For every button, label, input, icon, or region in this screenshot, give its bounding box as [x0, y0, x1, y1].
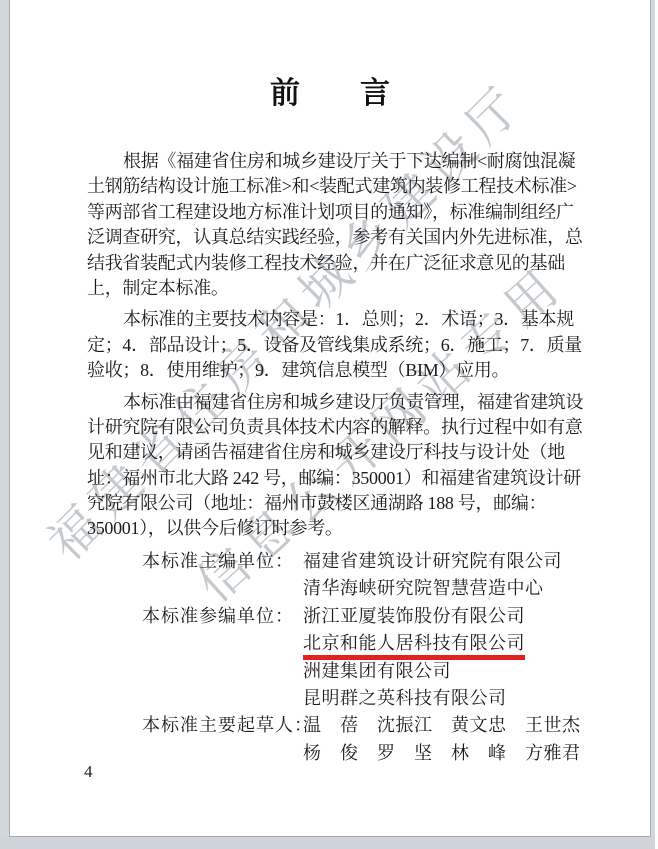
paragraph-line: 址：福州市北大路 242 号，邮编：350001）和福建省建筑设计研: [87, 466, 607, 491]
credit-value: 洲建集团有限公司: [303, 659, 451, 683]
paragraph-line: 等两部省工程建设地方标准计划项目的通知》，标准编制组经广: [87, 200, 607, 225]
paragraph-line: 上，制定本标准。: [87, 276, 607, 301]
credit-value: 昆明群之英科技有限公司: [303, 686, 507, 710]
credit-value: 浙江亚厦装饰股份有限公司: [303, 604, 525, 628]
credit-value: 杨 俊 罗 坚 林 峰 方雅君: [303, 741, 581, 765]
credits-row: 清华海峡研究院智慧营造中心: [142, 576, 581, 603]
paragraph-line: 定；4．部品设计；5．设备及管线集成系统；6．施工；7．质量: [87, 333, 607, 358]
paragraph-line: 究院有限公司（地址：福州市鼓楼区通湖路 188 号，邮编：: [87, 491, 607, 516]
paragraph-line: 土钢筋结构设计施工标准>和<装配式建筑内装修工程技术标准>: [87, 174, 607, 199]
paragraph-line: 本标准的主要技术内容是：1．总则；2．术语；3．基本规: [87, 307, 607, 332]
page-number: 4: [84, 762, 93, 782]
credits-row: 本标准主要起草人：温 蓓 沈振江 黄文忠 王世杰: [142, 713, 581, 740]
paragraph-line: 350001），以供今后修订时参考。: [87, 516, 607, 541]
body-paragraphs: 根据《福建省住房和城乡建设厅关于下达编制<耐腐蚀混凝土钢筋结构设计施工标准>和<…: [87, 149, 607, 542]
paragraph-line: 见和建议，请函告福建省住房和城乡建设厅科技与设计处（地: [87, 440, 607, 465]
credits-row: 本标准参编单位：浙江亚厦装饰股份有限公司: [142, 604, 581, 631]
document-page: 福建省住房和城乡建设厅 信息公开网站专用 前 言 根据《福建省住房和城乡建设厅关…: [9, 0, 651, 837]
page-title: 前 言: [10, 68, 650, 112]
paragraph: 根据《福建省住房和城乡建设厅关于下达编制<耐腐蚀混凝土钢筋结构设计施工标准>和<…: [87, 149, 607, 301]
credit-value-red-underlined: 北京和能人居科技有限公司: [303, 631, 525, 660]
credits-row: 北京和能人居科技有限公司: [142, 631, 581, 658]
credit-label: 本标准主编单位：: [142, 549, 303, 573]
credits-row: 洲建集团有限公司: [142, 659, 581, 686]
paragraph: 本标准的主要技术内容是：1．总则；2．术语；3．基本规定；4．部品设计；5．设备…: [87, 307, 607, 383]
paragraph-line: 结我省装配式内装修工程技术经验，并在广泛征求意见的基础: [87, 251, 607, 276]
credits-row: 昆明群之英科技有限公司: [142, 686, 581, 713]
credits-list: 本标准主编单位：福建省建筑设计研究院有限公司清华海峡研究院智慧营造中心本标准参编…: [142, 549, 581, 768]
credits-row: 本标准主编单位：福建省建筑设计研究院有限公司: [142, 549, 581, 576]
credit-value: 福建省建筑设计研究院有限公司: [303, 549, 562, 573]
credit-value: 温 蓓 沈振江 黄文忠 王世杰: [303, 713, 581, 737]
paragraph: 本标准由福建省住房和城乡建设厅负责管理，福建省建筑设计研究院有限公司负责具体技术…: [87, 390, 607, 542]
credit-label: 本标准主要起草人：: [142, 713, 303, 737]
credit-label: 本标准参编单位：: [142, 604, 303, 628]
credits-row: 杨 俊 罗 坚 林 峰 方雅君: [142, 741, 581, 768]
bottom-gray-strip: [0, 837, 655, 849]
paragraph-line: 本标准由福建省住房和城乡建设厅负责管理，福建省建筑设: [87, 390, 607, 415]
credit-value: 清华海峡研究院智慧营造中心: [303, 576, 544, 600]
paragraph-line: 验收；8．使用维护；9．建筑信息模型（BIM）应用。: [87, 358, 607, 383]
paragraph-line: 根据《福建省住房和城乡建设厅关于下达编制<耐腐蚀混凝: [87, 149, 607, 174]
paragraph-line: 计研究院有限公司负责具体技术内容的解释。执行过程中如有意: [87, 415, 607, 440]
paragraph-line: 泛调查研究，认真总结实践经验，参考有关国内外先进标准，总: [87, 225, 607, 250]
